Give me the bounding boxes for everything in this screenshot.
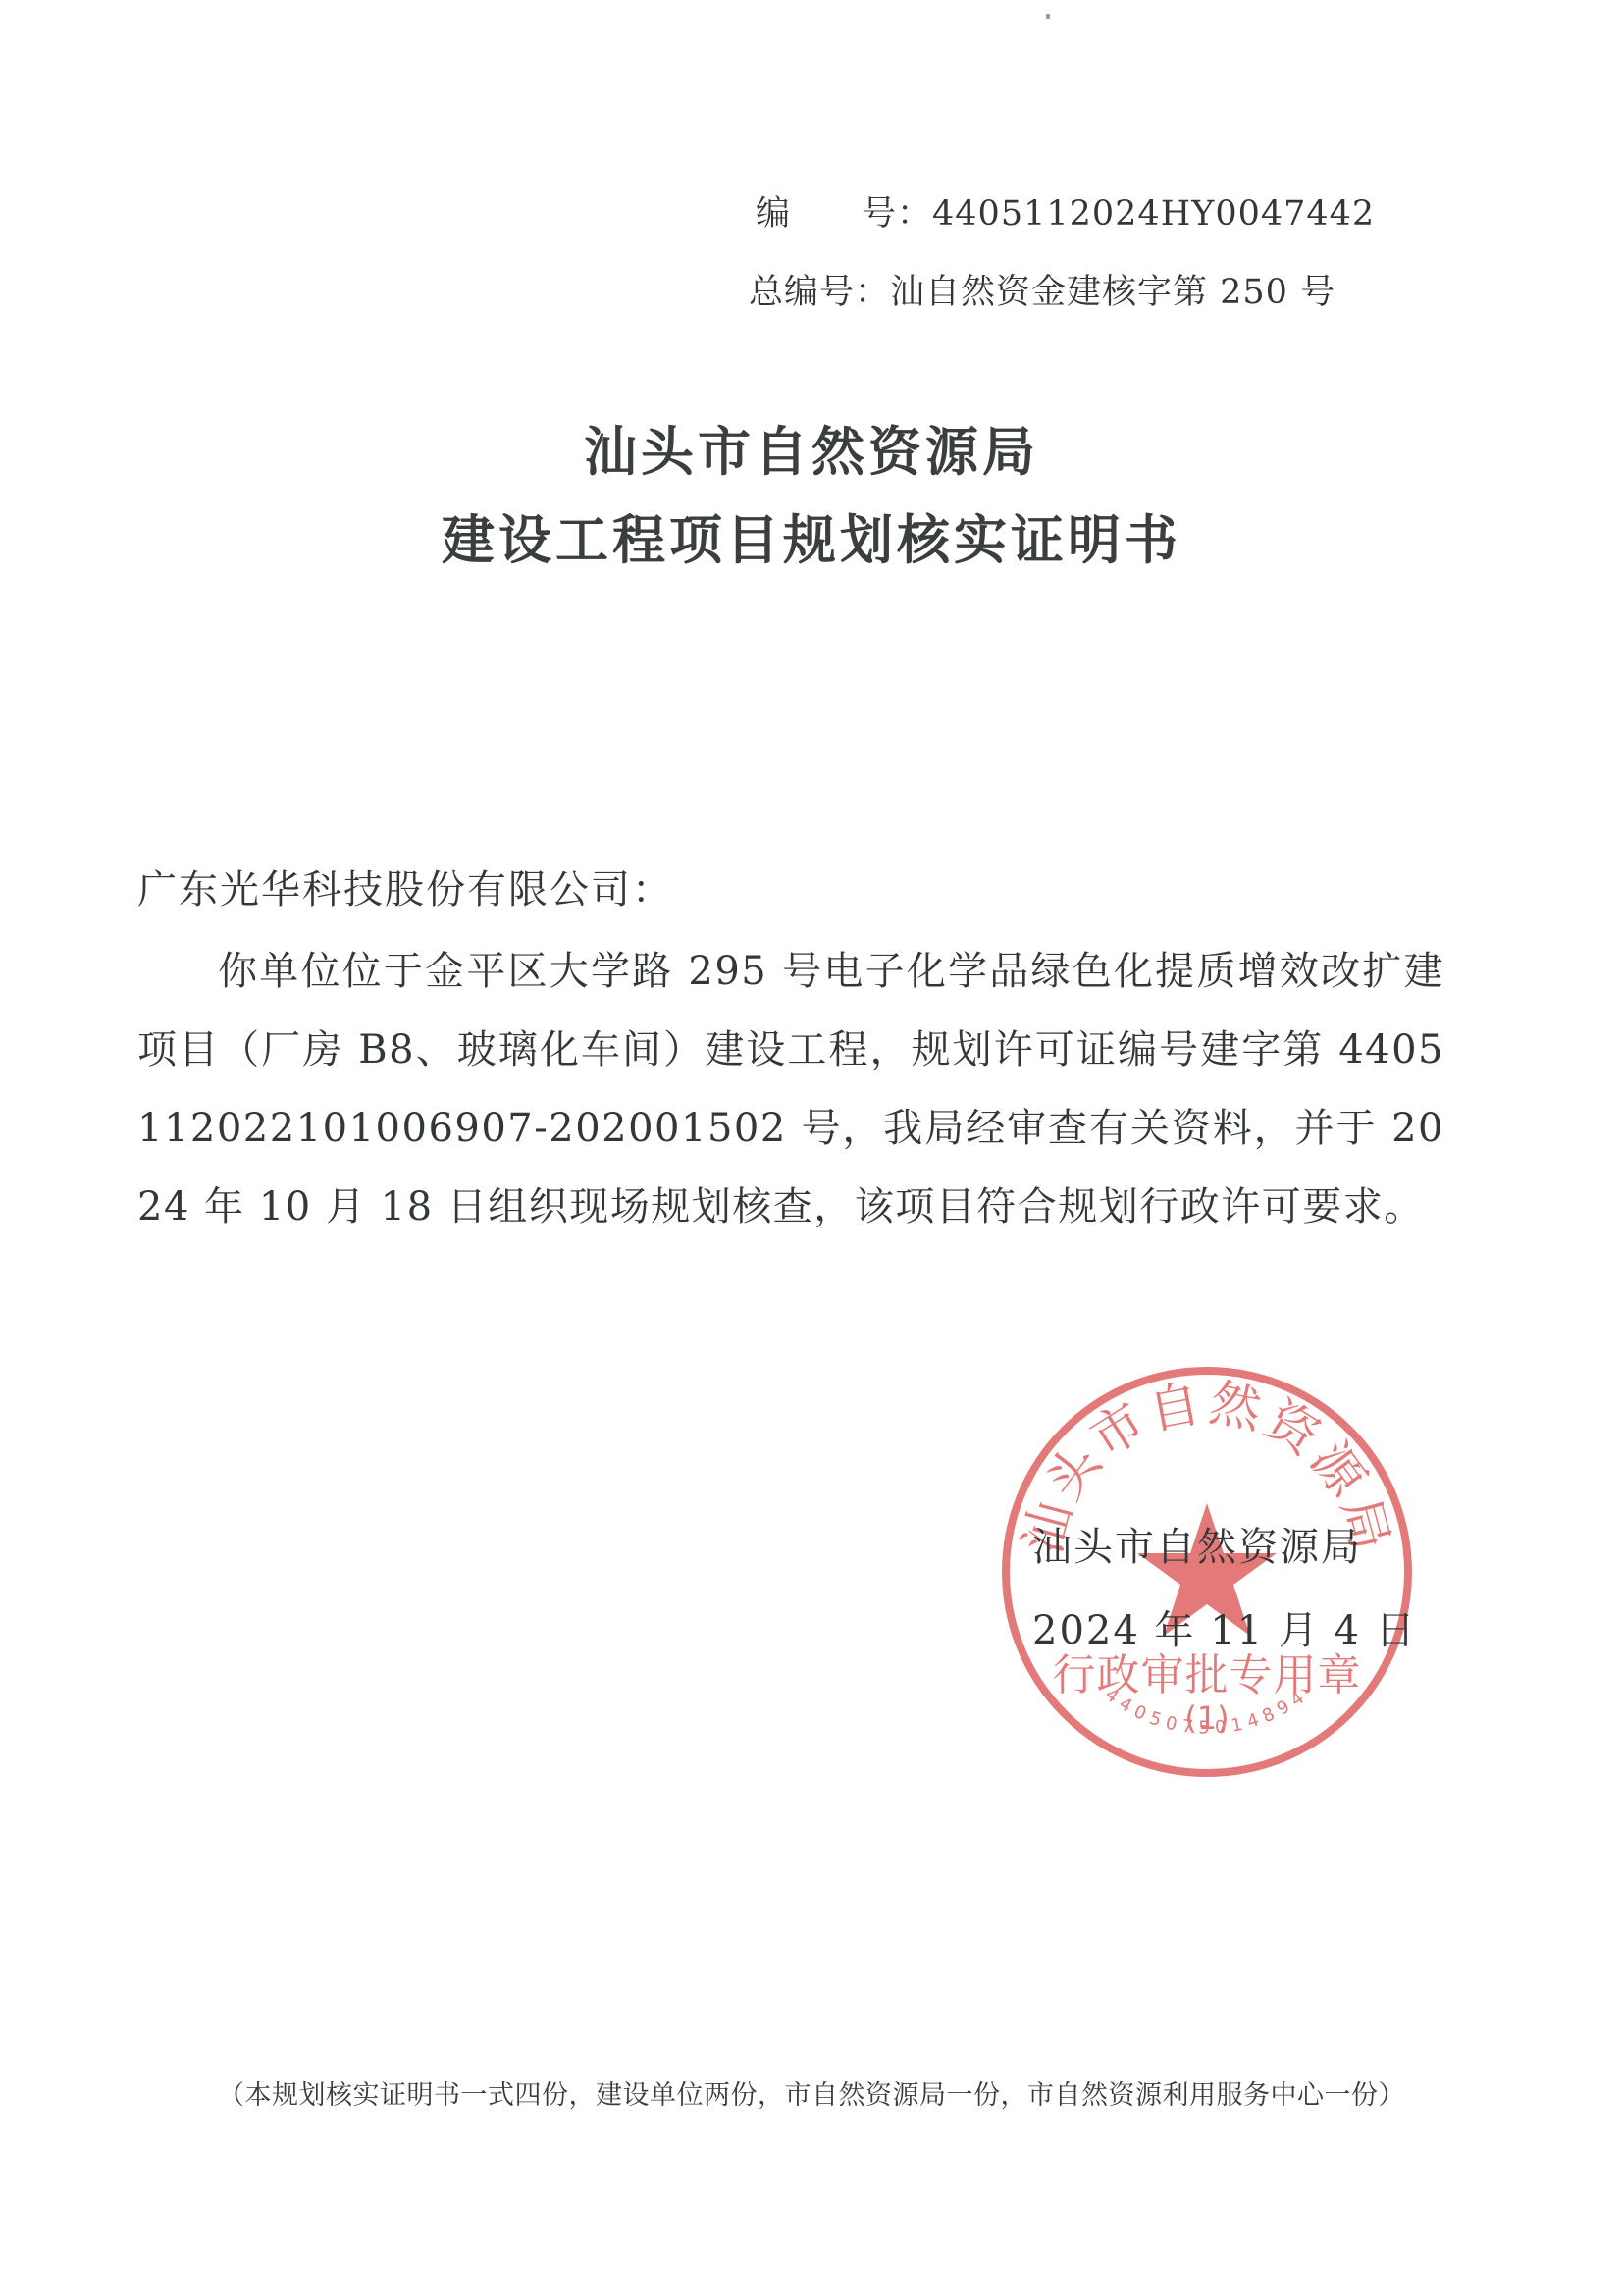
stamp-bottom-text: 行政审批专用章	[1053, 1650, 1362, 1700]
general-serial-line: 总编号：汕自然资金建核字第 250 号	[749, 265, 1335, 314]
serial-number-label: 编 号：	[756, 186, 932, 235]
addressee: 广东光华科技股份有限公司：	[137, 859, 673, 914]
document-title-issuer: 汕头市自然资源局	[0, 410, 1623, 486]
issuer-signature: 汕头市自然资源局	[1032, 1516, 1362, 1572]
issue-date: 2024 年 11 月 4 日	[1032, 1599, 1417, 1655]
serial-number-value: 4405112024HY0047442	[932, 194, 1375, 234]
serial-number-line: 编 号：4405112024HY0047442	[756, 186, 1375, 235]
body-paragraph: 你单位位于金平区大学路 295 号电子化学品绿色化提质增效改扩建项目（厂房 B8…	[137, 932, 1444, 1246]
general-serial-label: 总编号：	[749, 265, 890, 314]
official-seal-stamp: 汕头市自然资源局 行政审批专用章 (1) 4405075014894	[996, 1361, 1418, 1783]
scan-speck	[1046, 14, 1050, 19]
general-serial-value: 汕自然资金建核字第 250 号	[890, 273, 1335, 312]
copies-footnote: （本规划核实证明书一式四份，建设单位两份，市自然资源局一份，市自然资源利用服务中…	[0, 2073, 1623, 2112]
document-title: 建设工程项目规划核实证明书	[0, 498, 1623, 574]
